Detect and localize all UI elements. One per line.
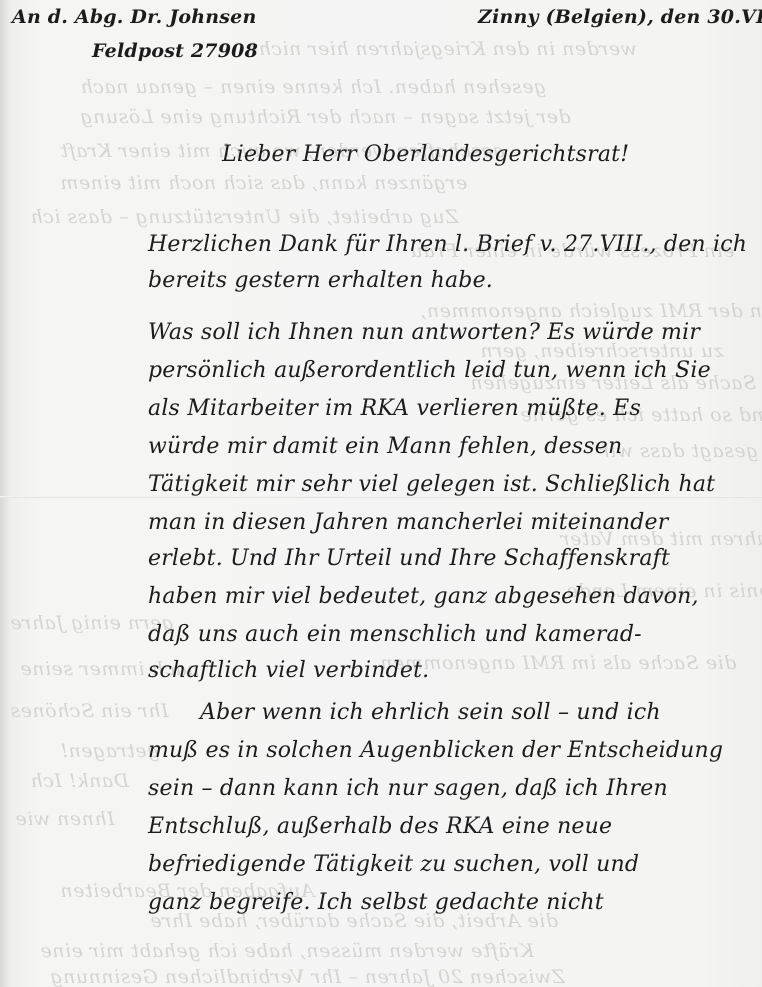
bleed-through-line: die Sache als im RMI angenommen [380, 652, 736, 674]
recipient-line: An d. Abg. Dr. Johnsen [12, 6, 257, 28]
body-line: Entschluß, außerhalb des RKA eine neue [148, 814, 612, 839]
body-line: bereits gestern erhalten habe. [148, 268, 493, 293]
body-line: man in diesen Jahren mancherlei miteinan… [148, 510, 668, 535]
letter-page: werden in den Kriegsjahren hier nicht ge… [0, 0, 762, 987]
bleed-through-line: Dank! Ich [30, 770, 129, 792]
body-line: Aber wenn ich ehrlich sein soll – und ic… [200, 700, 661, 725]
body-line: als Mitarbeiter im RKA verlieren müßte. … [148, 396, 641, 421]
bleed-through-line: Zug arbeitet, die Unterstützung – dass i… [30, 206, 458, 228]
bleed-through-line: gesehen haben. Ich kenne einen – genau n… [80, 76, 546, 98]
body-line: Tätigkeit mir sehr viel gelegen ist. Sch… [148, 472, 715, 497]
body-line: Herzlichen Dank für Ihren l. Brief v. 27… [148, 232, 747, 257]
body-line: erlebt. Und Ihr Urteil und Ihre Schaffen… [148, 546, 670, 571]
bleed-through-line: Zwischen 20 Jahren – Ihr Verbindlichen G… [50, 966, 565, 987]
body-line: muß es in solchen Augenblicken der Entsc… [148, 738, 723, 763]
body-line: ganz begreife. Ich selbst gedachte nicht [148, 890, 604, 915]
body-line: haben mir viel bedeutet, ganz abgesehen … [148, 584, 699, 609]
feldpost-number: Feldpost 27908 [92, 40, 258, 62]
salutation: Lieber Herr Oberlandesgerichtsrat! [222, 142, 629, 167]
bleed-through-line: gesagt dass wir [600, 440, 758, 462]
place-and-date: Zinny (Belgien), den 30.VIII.40 [478, 6, 762, 28]
bleed-through-line: der jetzt sagen – nach der Richtung eine… [80, 106, 571, 128]
body-line: befriedigende Tätigkeit zu suchen, voll … [148, 852, 639, 877]
paper-left-edge-shadow [0, 0, 10, 987]
bleed-through-line: ergänzen kann, das sich noch mit einem [60, 172, 467, 194]
body-line: sein – dann kann ich nur sagen, daß ich … [148, 776, 668, 801]
body-line: schaftlich viel verbindet. [148, 658, 429, 683]
bleed-through-line: Ihnen wie [15, 808, 115, 830]
body-line: Was soll ich Ihnen nun antworten? Es wür… [148, 320, 700, 345]
body-line: würde mir damit ein Mann fehlen, dessen [148, 434, 622, 459]
bleed-through-line: Kräfte werden müssen, habe ich gehabt mi… [40, 940, 534, 962]
bleed-through-line: werden in den Kriegsjahren hier nicht [250, 38, 637, 60]
bleed-through-line: Ihr ein Schönes [10, 700, 169, 722]
body-line: persönlich außerordentlich leid tun, wen… [148, 358, 711, 383]
bleed-through-line: getragen! [60, 740, 159, 762]
bleed-through-line: in der RMI zugleich angenommen, [420, 300, 762, 322]
body-line: daß uns auch ein menschlich und kamerad- [148, 622, 642, 647]
